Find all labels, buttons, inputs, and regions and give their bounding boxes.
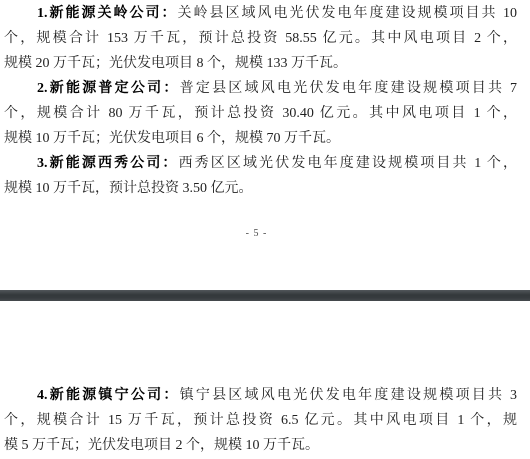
- paragraph-1-line-2: 个，规模合计 153 万千瓦，预计总投资 58.55 亿元。其中风电项目 2 个…: [4, 26, 517, 51]
- page-number: - 5 -: [0, 226, 513, 241]
- paragraph-3-heading: 3.新能源西秀公司：: [37, 156, 179, 171]
- paragraph-4-heading: 4.新能源镇宁公司：: [37, 388, 180, 403]
- paragraph-2-line-1-text: 普定县区域风电光伏发电年度建设规模项目共 7: [180, 81, 517, 96]
- paragraph-4-line-2: 个，规模合计 15 万千瓦，预计总投资 6.5 亿元。其中风电项目 1 个，规: [4, 408, 517, 433]
- paragraph-4-line-1: 4.新能源镇宁公司：镇宁县区域风电光伏发电年度建设规模项目共 3: [4, 383, 517, 408]
- paragraph-2-line-2: 个，规模合计 80 万千瓦，预计总投资 30.40 亿元。其中风电项目 1 个，: [4, 101, 517, 126]
- paragraph-1-line-1: 1.新能源关岭公司：关岭县区域风电光伏发电年度建设规模项目共 10: [4, 1, 517, 26]
- paragraph-1-line-1-text: 关岭县区域风电光伏发电年度建设规模项目共 10: [178, 6, 518, 21]
- paragraph-4-line-1-text: 镇宁县区域风电光伏发电年度建设规模项目共 3: [180, 388, 517, 403]
- document-viewer: 1.新能源关岭公司：关岭县区域风电光伏发电年度建设规模项目共 10 个，规模合计…: [0, 0, 530, 459]
- page-6-content: 4.新能源镇宁公司：镇宁县区域风电光伏发电年度建设规模项目共 3 个，规模合计 …: [4, 383, 517, 458]
- paragraph-3-line-1: 3.新能源西秀公司：西秀区区域光伏发电年度建设规模项目共 1 个，: [4, 151, 517, 176]
- paragraph-1-line-3: 规模 20 万千瓦；光伏发电项目 8 个，规模 133 万千瓦。: [4, 51, 517, 76]
- paragraph-4-line-3: 模 5 万千瓦；光伏发电项目 2 个，规模 10 万千瓦。: [4, 433, 517, 458]
- paragraph-2-line-1: 2.新能源普定公司：普定县区域风电光伏发电年度建设规模项目共 7: [4, 76, 517, 101]
- page-break-separator: [0, 290, 530, 301]
- paragraph-1-heading: 1.新能源关岭公司：: [37, 6, 178, 21]
- paragraph-3-line-1-text: 西秀区区域光伏发电年度建设规模项目共 1 个，: [179, 156, 517, 171]
- paragraph-2-line-3: 规模 10 万千瓦；光伏发电项目 6 个，规模 70 万千瓦。: [4, 126, 517, 151]
- paragraph-2-heading: 2.新能源普定公司：: [37, 81, 180, 96]
- page-5-content: 1.新能源关岭公司：关岭县区域风电光伏发电年度建设规模项目共 10 个，规模合计…: [4, 1, 517, 201]
- paragraph-3-line-2: 规模 10 万千瓦，预计总投资 3.50 亿元。: [4, 176, 517, 201]
